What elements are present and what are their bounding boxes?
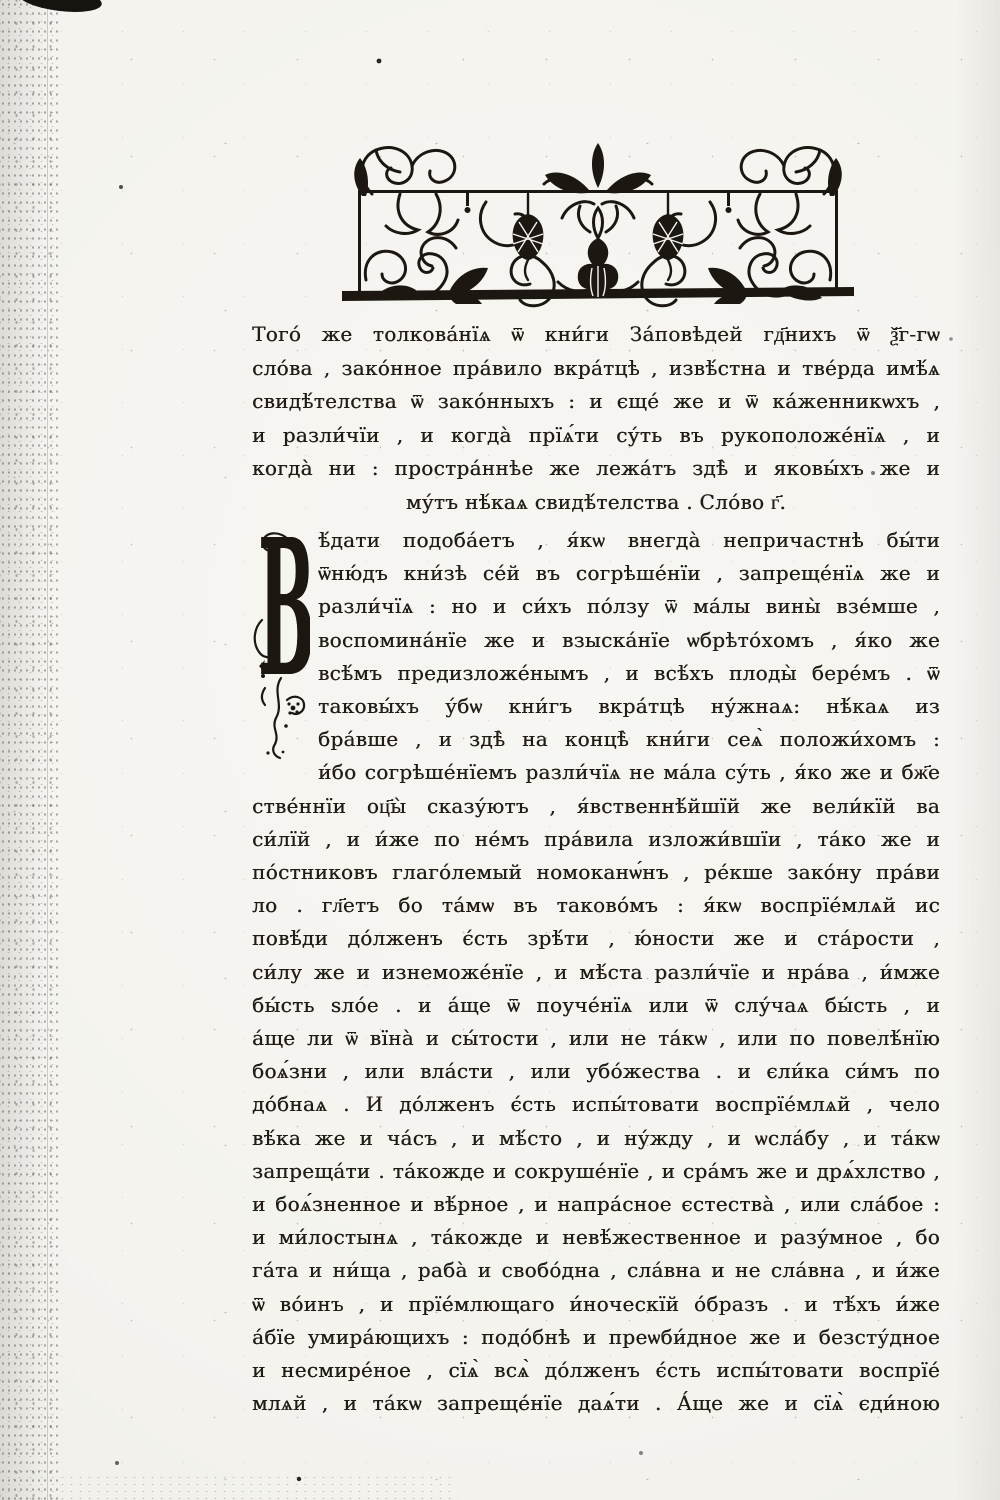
corner-ink-blob: [17, 0, 103, 16]
drop-cap-initial: В: [252, 528, 310, 760]
body-text-line: си́лїй , и и́же по не́мъ пра́вила изложи…: [252, 823, 940, 856]
body-text-line: млѧй , и та́кѡ запреще́нїе даѧ́ти . А́ще…: [252, 1387, 940, 1420]
header-line: Того́ же толкова́нїѧ ѿ кни́ги За́повѣдей…: [252, 318, 940, 352]
body-text-line: стве́ннїи оц҃ы̀ сказу́ютъ , я́вственнѣ́й…: [252, 790, 940, 823]
body-text-line: воспомина́нїе же и взыска́нїе ѡбрѣто́хом…: [252, 624, 940, 657]
body-text-line: всѣ́мъ предизложе́нымъ , и всѣ́хъ плоды̀…: [252, 657, 940, 690]
body-text-line: ѿню́дъ кни́зѣ се́й въ согрѣше́нїи , запр…: [252, 557, 940, 590]
body-text-line: боѧ́зни , или вла́сти , или убо́жества .…: [252, 1055, 940, 1088]
body-text-line: и несмире́ное , сїѧ̀ всѧ̀ до́лженъ є́сть…: [252, 1354, 940, 1387]
headpiece-ornament-icon: [337, 140, 859, 310]
binding-edge-noise: [0, 0, 58, 1500]
body-text-line: таковы́хъ у́бѡ кни́гъ вкра́тцѣ ну́жнаѧ: …: [252, 690, 940, 723]
body-text-line: разли́чїѧ : но и си́хъ по́лзу ѿ ма́лы ви…: [252, 590, 940, 623]
header-line: му́тъ нѣ́каѧ свидѣ́телства . Сло́во г҃.: [252, 486, 940, 520]
body-text-line: ло . гл҃етъ бо та́мѡ въ таково́мъ : я́кѡ…: [252, 889, 940, 922]
header-line: когда̀ ни : простра́ннѣе же лежа́тъ здѣ̀…: [252, 452, 940, 486]
header-line: и разли́чїи , и когда̀ прїѧ́ти су́ть въ …: [252, 419, 940, 453]
body-text-line: ѣ́дати подоба́етъ , я́кѡ внегда̀ неприча…: [252, 524, 940, 557]
body-text-line: а́ще ли ѿ вїна̀ и сы́тости , или не та́к…: [252, 1022, 940, 1055]
body-text-line: повѣ́ди до́лженъ є́сть зрѣ́ти , ю́ности …: [252, 922, 940, 955]
bottom-edge-noise: [58, 1474, 458, 1500]
header-paragraph: Того́ же толкова́нїѧ ѿ кни́ги За́повѣдей…: [252, 318, 940, 519]
header-line: свидѣ́телства ѿ зако́нныхъ : и єще́ же и…: [252, 385, 940, 419]
body-text-line: запреща́ти . та́кожде и сокруше́нїе , и …: [252, 1155, 940, 1188]
body-text-line: по́стниковъ глаго́лемый номоканѡ́нъ , ре…: [252, 856, 940, 889]
drop-cap-letter: В: [258, 528, 310, 719]
body-text-line: бра́вше , и здѣ̀ на концѣ̀ кни́ги сеѧ̀ п…: [252, 723, 940, 756]
header-line: сло́ва , зако́нное пра́вило вкра́тцѣ , и…: [252, 352, 940, 386]
body-text-line: га́та и ни́ща , раба̀ и свобо́дна , сла́…: [252, 1254, 940, 1287]
body-text-line: вѣ́ка же и ча́съ , и мѣ́сто , и ну́жду ,…: [252, 1122, 940, 1155]
binding-edge-line: [47, 0, 48, 1500]
body-text-line: а́бїе умира́ющихъ : подо́бнѣ и преѡби́дн…: [252, 1321, 940, 1354]
right-edge-shading: [954, 0, 1000, 1500]
body-text-line: ѿ во́инъ , и прїе́млющаго и́ноческїй о́б…: [252, 1288, 940, 1321]
body-paragraph: В ѣ́дати подоба́етъ , я́кѡ внегда̀ непри…: [252, 524, 940, 1420]
headpiece-vase-icon: [578, 206, 618, 298]
scanned-book-page: Того́ же толкова́нїѧ ѿ кни́ги За́повѣдей…: [0, 0, 1000, 1500]
ink-specks: [0, 0, 2, 2]
body-text-line: и боѧ́зненное и вѣ́рное , и напра́сное є…: [252, 1188, 940, 1221]
body-text-line: и́бо согрѣше́нїемъ разли́чїѧ не ма́ла су…: [252, 756, 940, 789]
body-text-line: до́бнаѧ . И до́лженъ є́сть испы́товати в…: [252, 1088, 940, 1121]
body-text-line: бы́сть ѕло́е . и а́ще ѿ поуче́нїѧ или ѿ …: [252, 989, 940, 1022]
body-text-line: си́лу же и изнеможе́нїе , и мѣ́ста разли…: [252, 956, 940, 989]
body-text-line: и ми́лостынѧ , та́кожде и невѣ́жественно…: [252, 1221, 940, 1254]
